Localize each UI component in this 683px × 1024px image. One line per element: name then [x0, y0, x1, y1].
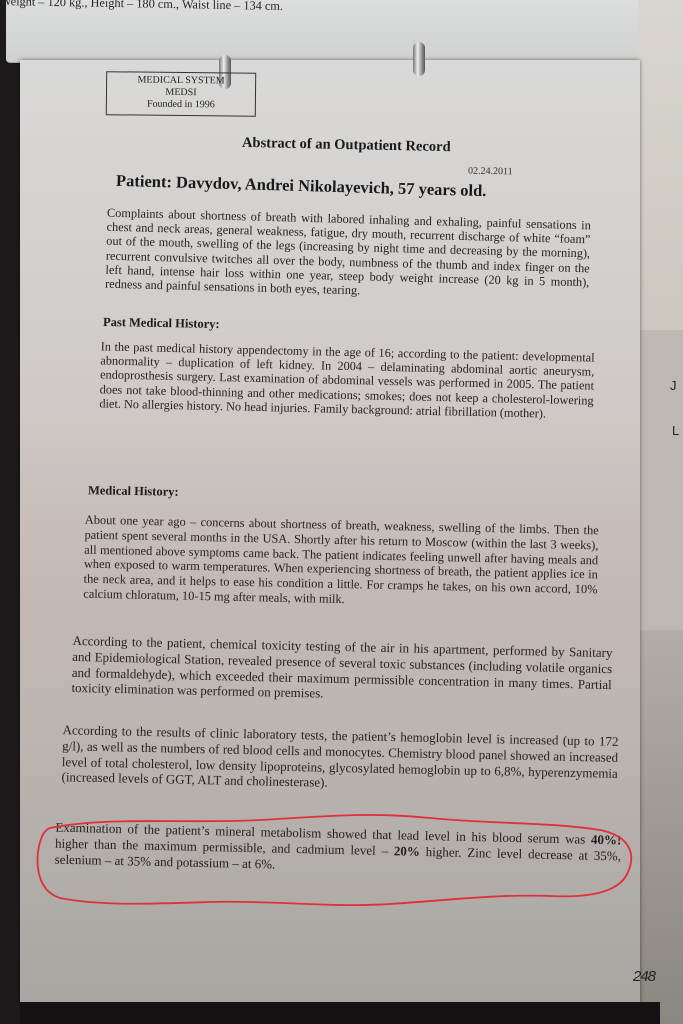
complaints-paragraph: Complaints about shortness of breath wit…	[105, 206, 591, 304]
page-number: 248	[633, 968, 655, 985]
past-history-heading: Past Medical History:	[103, 315, 220, 332]
medical-history-heading: Medical History:	[88, 483, 179, 500]
toxicity-paragraph: According to the patient, chemical toxic…	[71, 633, 612, 708]
medical-history-paragraph: About one year ago – concerns about shor…	[83, 513, 599, 613]
red-highlight-circle	[30, 810, 642, 914]
index-tab-letter: L	[672, 423, 679, 438]
index-tab-page: J L	[636, 330, 683, 630]
stamp-line: Founded in 1996	[107, 98, 255, 112]
index-tab-letter: J	[670, 378, 677, 393]
past-history-paragraph: In the past medical history appendectomy…	[99, 339, 594, 421]
binder-ring-icon	[413, 42, 425, 76]
clinic-stamp: MEDICAL SYSTEM MEDSI Founded in 1996	[106, 71, 256, 117]
lab-tests-paragraph: According to the results of clinic labor…	[61, 722, 618, 797]
document-date: 02.24.2011	[468, 166, 513, 178]
page-edge-shadow	[20, 1002, 660, 1024]
